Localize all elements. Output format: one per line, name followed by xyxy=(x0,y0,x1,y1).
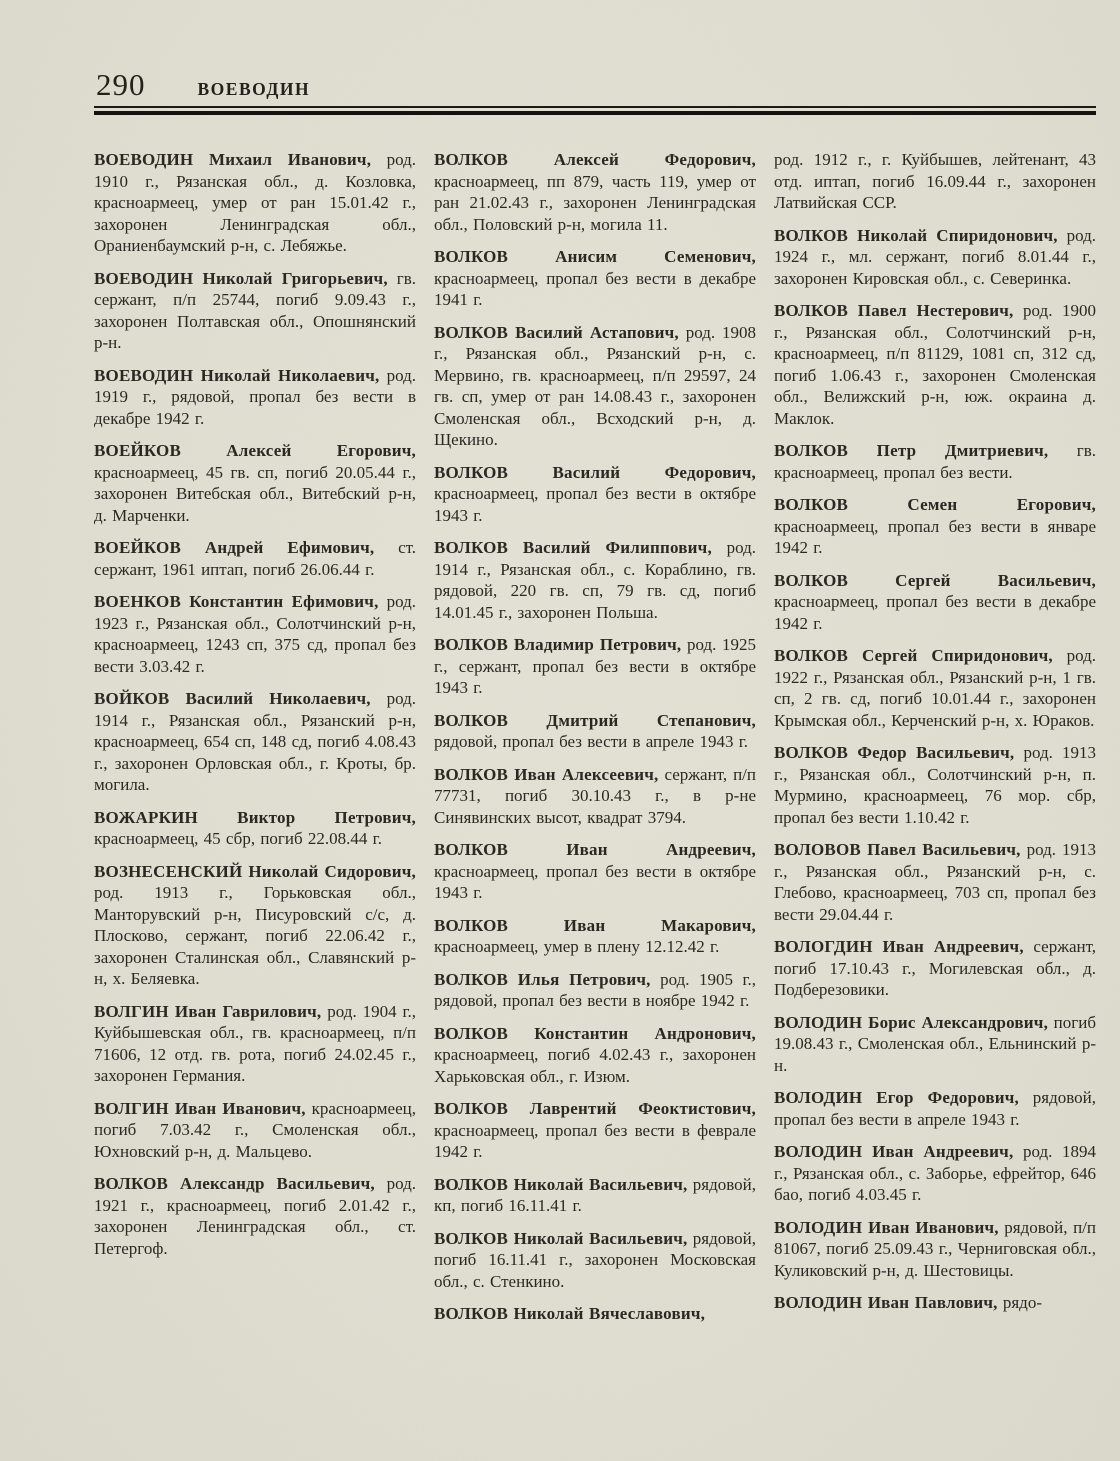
entry-details: рядовой, пропал без вести в апреле 1943 … xyxy=(434,732,748,751)
entry-details: красноармеец, пропал без вести в октябре… xyxy=(434,862,756,903)
memorial-entry: ВОЛКОВ Николай Спиридонович, род. 1924 г… xyxy=(774,225,1096,290)
memorial-entry: ВОЛОДИН Иван Андреевич, род. 1894 г., Ря… xyxy=(774,1141,1096,1206)
entry-details: рядо- xyxy=(1003,1293,1042,1312)
entry-details: красноармеец, 45 сбр, погиб 22.08.44 г. xyxy=(94,829,382,848)
entry-person-name: ВОЕЙКОВ Андрей Ефимович, xyxy=(94,538,374,557)
entry-person-name: ВОЛКОВ Иван Алексеевич, xyxy=(434,765,659,784)
entry-person-name: ВОЛОДИН Иван Павлович, xyxy=(774,1293,998,1312)
memorial-entry: ВОЛОДИН Иван Павлович, рядо- xyxy=(774,1292,1096,1314)
memorial-entry: ВОЛКОВ Лаврентий Феоктистович, красноарм… xyxy=(434,1098,756,1163)
memorial-entry: род. 1912 г., г. Куйбышев, лейтенант, 43… xyxy=(774,149,1096,214)
memorial-entry: ВОЖАРКИН Виктор Петрович, красноармеец, … xyxy=(94,807,416,850)
memorial-entry: ВОЛКОВ Петр Дмитриевич, гв. красноармеец… xyxy=(774,440,1096,483)
memorial-entry: ВОЛКОВ Александр Васильевич, род. 1921 г… xyxy=(94,1173,416,1259)
entry-details: красноармеец, пп 879, часть 119, умер от… xyxy=(434,172,756,234)
entry-person-name: ВОЕВОДИН Михаил Иванович, xyxy=(94,150,371,169)
entry-person-name: ВОЛКОВ Дмитрий Степанович, xyxy=(434,711,756,730)
memorial-entry: ВОЛКОВ Иван Андреевич, красноармеец, про… xyxy=(434,839,756,904)
memorial-entry: ВОЗНЕСЕНСКИЙ Николай Сидорович, род. 191… xyxy=(94,861,416,990)
header-rule-thin xyxy=(94,106,1096,108)
memorial-entry: ВОЕЙКОВ Андрей Ефимович, ст. сержант, 19… xyxy=(94,537,416,580)
running-head: ВОЕВОДИН xyxy=(198,79,311,100)
entry-person-name: ВОЛКОВ Николай Спиридонович, xyxy=(774,226,1058,245)
entry-person-name: ВОЛКОВ Василий Филиппович, xyxy=(434,538,712,557)
entry-person-name: ВОЕВОДИН Николай Григорьевич, xyxy=(94,269,388,288)
memorial-entry: ВОЛГИН Иван Гаврилович, род. 1904 г., Ку… xyxy=(94,1001,416,1087)
entry-person-name: ВОЛКОВ Алексей Федорович, xyxy=(434,150,756,169)
header-rule xyxy=(94,106,1096,115)
memorial-entry: ВОЛОДИН Борис Александрович, погиб 19.08… xyxy=(774,1012,1096,1077)
entry-person-name: ВОЛКОВ Семен Егорович, xyxy=(774,495,1096,514)
entry-details: род. 1913 г., Горьковская обл., Манторув… xyxy=(94,883,416,988)
memorial-entry: ВОЛКОВ Илья Петрович, род. 1905 г., рядо… xyxy=(434,969,756,1012)
entry-person-name: ВОЗНЕСЕНСКИЙ Николай Сидорович, xyxy=(94,862,416,881)
entry-person-name: ВОЕНКОВ Константин Ефимович, xyxy=(94,592,379,611)
entry-person-name: ВОЛКОВ Илья Петрович, xyxy=(434,970,651,989)
book-page: 290 ВОЕВОДИН ВОЕВОДИН Михаил Иванович, р… xyxy=(0,0,1120,1461)
memorial-entry: ВОЛКОВ Константин Андронович, красноарме… xyxy=(434,1023,756,1088)
memorial-entry: ВОЛКОВ Федор Васильевич, род. 1913 г., Р… xyxy=(774,742,1096,828)
text-columns: ВОЕВОДИН Михаил Иванович, род. 1910 г., … xyxy=(94,149,1096,1336)
entry-person-name: ВОЛКОВ Лаврентий Феоктистович, xyxy=(434,1099,756,1118)
entry-person-name: ВОЕВОДИН Николай Николаевич, xyxy=(94,366,379,385)
entry-person-name: ВОЕЙКОВ Алексей Егорович, xyxy=(94,441,416,460)
entry-details: род. 1912 г., г. Куйбышев, лейтенант, 43… xyxy=(774,150,1096,212)
memorial-entry: ВОЛКОВ Дмитрий Степанович, рядовой, проп… xyxy=(434,710,756,753)
entry-person-name: ВОЛКОВ Анисим Семенович, xyxy=(434,247,756,266)
entry-person-name: ВОЛКОВ Константин Андронович, xyxy=(434,1024,756,1043)
entry-details: красноармеец, пропал без вести в декабре… xyxy=(774,592,1096,633)
memorial-entry: ВОЛОГДИН Иван Андреевич, сержант, погиб … xyxy=(774,936,1096,1001)
entry-details: красноармеец, пропал без вести в декабре… xyxy=(434,269,756,310)
page-header: 290 ВОЕВОДИН xyxy=(94,70,1096,115)
header-rule-thick xyxy=(94,111,1096,115)
entry-person-name: ВОЛОДИН Иван Иванович, xyxy=(774,1218,999,1237)
entry-person-name: ВОЛКОВ Николай Васильевич, xyxy=(434,1175,687,1194)
entry-person-name: ВОЛОДИН Иван Андреевич, xyxy=(774,1142,1013,1161)
entry-details: красноармеец, пропал без вести в январе … xyxy=(774,517,1096,558)
entry-person-name: ВОЛОГДИН Иван Андреевич, xyxy=(774,937,1024,956)
memorial-entry: ВОЛКОВ Сергей Васильевич, красноармеец, … xyxy=(774,570,1096,635)
entry-person-name: ВОЛОДИН Борис Александрович, xyxy=(774,1013,1048,1032)
memorial-entry: ВОЛКОВ Сергей Спиридонович, род. 1922 г.… xyxy=(774,645,1096,731)
entry-details: красноармеец, пропал без вести в феврале… xyxy=(434,1121,756,1162)
entry-person-name: ВОЛОВОВ Павел Васильевич, xyxy=(774,840,1021,859)
memorial-entry: ВОЛКОВ Семен Егорович, красноармеец, про… xyxy=(774,494,1096,559)
memorial-entry: ВОЕВОДИН Михаил Иванович, род. 1910 г., … xyxy=(94,149,416,257)
entry-person-name: ВОЛКОВ Сергей Спиридонович, xyxy=(774,646,1053,665)
memorial-entry: ВОЕЙКОВ Алексей Егорович, красноармеец, … xyxy=(94,440,416,526)
memorial-entry: ВОЛКОВ Николай Васильевич, рядовой, кп, … xyxy=(434,1174,756,1217)
entry-person-name: ВОЛКОВ Сергей Васильевич, xyxy=(774,571,1096,590)
column-1: ВОЕВОДИН Михаил Иванович, род. 1910 г., … xyxy=(94,149,416,1336)
column-2: ВОЛКОВ Алексей Федорович, красноармеец, … xyxy=(434,149,756,1336)
memorial-entry: ВОЛГИН Иван Иванович, красноармеец, поги… xyxy=(94,1098,416,1163)
entry-person-name: ВОЛКОВ Иван Макарович, xyxy=(434,916,756,935)
memorial-entry: ВОЛОВОВ Павел Васильевич, род. 1913 г., … xyxy=(774,839,1096,925)
entry-person-name: ВОЛКОВ Николай Вячеславович, xyxy=(434,1304,705,1323)
memorial-entry: ВОЛКОВ Николай Васильевич, рядовой, поги… xyxy=(434,1228,756,1293)
column-3: род. 1912 г., г. Куйбышев, лейтенант, 43… xyxy=(774,149,1096,1336)
entry-details: красноармеец, умер в плену 12.12.42 г. xyxy=(434,937,719,956)
entry-person-name: ВОЛКОВ Павел Нестерович, xyxy=(774,301,1013,320)
entry-person-name: ВОЛГИН Иван Гаврилович, xyxy=(94,1002,321,1021)
entry-person-name: ВОЛКОВ Василий Астапович, xyxy=(434,323,679,342)
entry-person-name: ВОЛГИН Иван Иванович, xyxy=(94,1099,306,1118)
entry-details: красноармеец, пропал без вести в октябре… xyxy=(434,484,756,525)
memorial-entry: ВОЛКОВ Иван Макарович, красноармеец, уме… xyxy=(434,915,756,958)
memorial-entry: ВОЕНКОВ Константин Ефимович, род. 1923 г… xyxy=(94,591,416,677)
memorial-entry: ВОЛКОВ Анисим Семенович, красноармеец, п… xyxy=(434,246,756,311)
entry-person-name: ВОЛКОВ Федор Васильевич, xyxy=(774,743,1014,762)
memorial-entry: ВОЛКОВ Иван Алексеевич, сержант, п/п 777… xyxy=(434,764,756,829)
memorial-entry: ВОЛКОВ Алексей Федорович, красноармеец, … xyxy=(434,149,756,235)
entry-person-name: ВОЛКОВ Владимир Петрович, xyxy=(434,635,681,654)
memorial-entry: ВОЛКОВ Николай Вячеславович, xyxy=(434,1303,756,1325)
memorial-entry: ВОЕВОДИН Николай Григорьевич, гв. сержан… xyxy=(94,268,416,354)
memorial-entry: ВОЙКОВ Василий Николаевич, род. 1914 г.,… xyxy=(94,688,416,796)
entry-details: красноармеец, погиб 4.02.43 г., захороне… xyxy=(434,1045,756,1086)
page-number: 290 xyxy=(96,70,146,100)
memorial-entry: ВОЛКОВ Василий Филиппович, род. 1914 г.,… xyxy=(434,537,756,623)
memorial-entry: ВОЕВОДИН Николай Николаевич, род. 1919 г… xyxy=(94,365,416,430)
entry-person-name: ВОЛОДИН Егор Федорович, xyxy=(774,1088,1019,1107)
entry-person-name: ВОЛКОВ Николай Васильевич, xyxy=(434,1229,687,1248)
memorial-entry: ВОЛКОВ Василий Астапович, род. 1908 г., … xyxy=(434,322,756,451)
entry-details: красноармеец, 45 гв. сп, погиб 20.05.44 … xyxy=(94,463,416,525)
memorial-entry: ВОЛКОВ Павел Нестерович, род. 1900 г., Р… xyxy=(774,300,1096,429)
entry-person-name: ВОЛКОВ Василий Федорович, xyxy=(434,463,756,482)
memorial-entry: ВОЛКОВ Владимир Петрович, род. 1925 г., … xyxy=(434,634,756,699)
memorial-entry: ВОЛОДИН Егор Федорович, рядовой, пропал … xyxy=(774,1087,1096,1130)
entry-person-name: ВОЛКОВ Александр Васильевич, xyxy=(94,1174,375,1193)
entry-person-name: ВОЙКОВ Василий Николаевич, xyxy=(94,689,371,708)
entry-person-name: ВОЛКОВ Иван Андреевич, xyxy=(434,840,756,859)
entry-person-name: ВОЖАРКИН Виктор Петрович, xyxy=(94,808,416,827)
memorial-entry: ВОЛКОВ Василий Федорович, красноармеец, … xyxy=(434,462,756,527)
entry-person-name: ВОЛКОВ Петр Дмитриевич, xyxy=(774,441,1048,460)
memorial-entry: ВОЛОДИН Иван Иванович, рядовой, п/п 8106… xyxy=(774,1217,1096,1282)
